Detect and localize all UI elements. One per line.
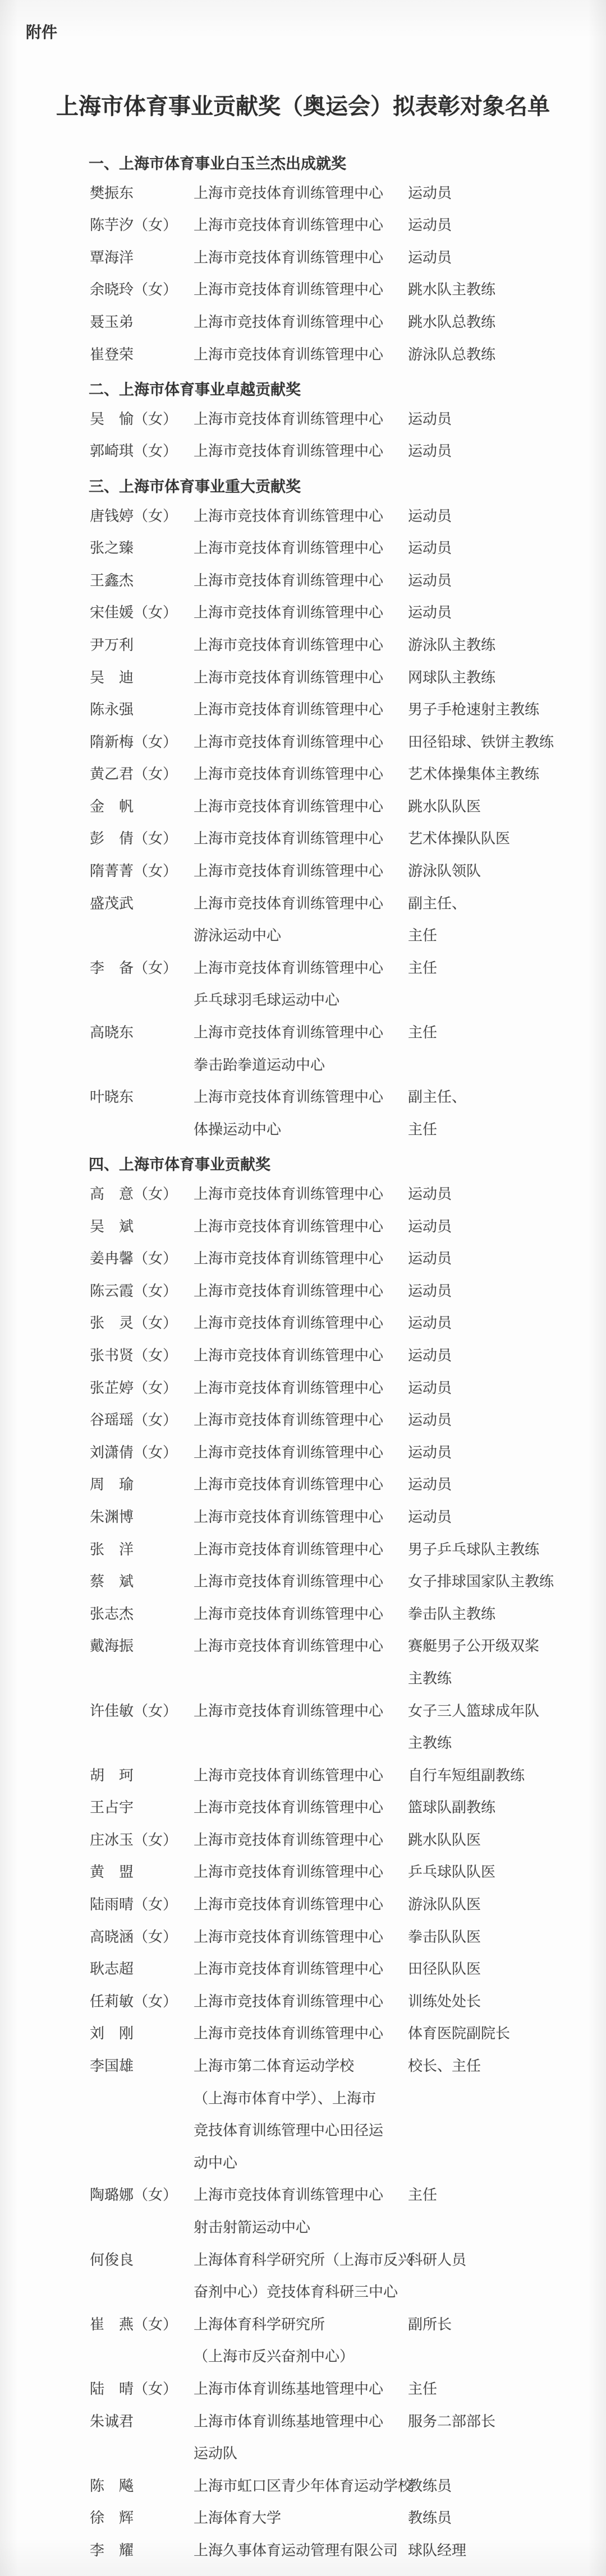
recipient-role: 运动员 [408, 1217, 606, 1236]
recipient-name: 朱渊博 [90, 1508, 194, 1527]
table-row: 张 洋上海市竞技体育训练管理中心男子乒乓球队主教练 [0, 1540, 606, 1573]
recipient-organization: 上海市竞技体育训练管理中心 [194, 1766, 408, 1785]
table-row: 李 耀上海久事体育运动管理有限公司球队经理 [0, 2541, 606, 2574]
page-title: 上海市体育事业贡献奖（奥运会）拟表彰对象名单 [0, 89, 606, 121]
recipient-name: 陈芋汐（女） [90, 216, 194, 235]
recipient-name: 庄冰玉（女） [90, 1831, 194, 1850]
recipient-role: 训练处处长 [408, 1992, 606, 2011]
recipient-organization: 上海市竞技体育训练管理中心 [194, 1605, 408, 1624]
table-row: 张书贤（女）上海市竞技体育训练管理中心运动员 [0, 1346, 606, 1379]
table-row: 庄冰玉（女）上海市竞技体育训练管理中心跳水队队医 [0, 1831, 606, 1863]
table-row: 彭 倩（女）上海市竞技体育训练管理中心艺术体操队队医 [0, 829, 606, 862]
recipient-organization: 上海市竞技体育训练管理中心 [194, 636, 408, 655]
recipient-organization: 上海市竞技体育训练管理中心 [194, 668, 408, 687]
section-header-1: 一、上海市体育事业白玉兰杰出成就奖 [0, 151, 606, 184]
table-row: 吴 愉（女）上海市竞技体育训练管理中心运动员 [0, 410, 606, 442]
recipient-role: 拳击队主教练 [408, 1605, 606, 1624]
recipient-role: 运动员 [408, 571, 606, 590]
recipient-role: 艺术体操集体主教练 [408, 765, 606, 784]
recipient-role: 运动员 [408, 216, 606, 235]
recipient-name: 张志杰 [90, 1605, 194, 1624]
recipient-organization: 上海市竞技体育训练管理中心 [194, 1798, 408, 1817]
table-row: 隋新梅（女）上海市竞技体育训练管理中心田径铅球、铁饼主教练 [0, 733, 606, 765]
section-header-4: 四、上海市体育事业贡献奖 [0, 1152, 606, 1185]
recipient-name: 李 耀 [90, 2541, 194, 2560]
recipient-organization: 上海市竞技体育训练管理中心 [194, 216, 408, 235]
recipient-role: 主任 [408, 2380, 606, 2399]
recipient-organization: （上海市反兴奋剂中心） [194, 2347, 408, 2366]
recipient-organization: 上海市竞技体育训练管理中心 [194, 1992, 408, 2011]
recipient-name: 高 意（女） [90, 1185, 194, 1204]
recipient-organization: 动中心 [194, 2154, 408, 2173]
table-row: 许佳敏（女）上海市竞技体育训练管理中心女子三人篮球成年队 [0, 1702, 606, 1734]
table-row: 高 意（女）上海市竞技体育训练管理中心运动员 [0, 1185, 606, 1217]
recipient-role: 游泳队领队 [408, 862, 606, 881]
table-row: 尹万利上海市竞技体育训练管理中心游泳队主教练 [0, 636, 606, 668]
recipient-name: 陶璐娜（女） [90, 2186, 194, 2205]
table-row-continuation: 运动队 [0, 2444, 606, 2477]
table-row: 蔡 斌上海市竞技体育训练管理中心女子排球国家队主教练 [0, 1572, 606, 1605]
recipient-organization: 上海市竞技体育训练管理中心 [194, 1379, 408, 1398]
recipient-role: 运动员 [408, 1249, 606, 1268]
recipient-organization: 上海市竞技体育训练管理中心 [194, 442, 408, 461]
recipient-role: 服务二部部长 [408, 2412, 606, 2431]
recipient-organization: 上海市竞技体育训练管理中心 [194, 1217, 408, 1236]
recipient-name: 刘潇倩（女） [90, 1443, 194, 1462]
recipient-role: 艺术体操队队医 [408, 829, 606, 848]
recipient-name: 王鑫杰 [90, 571, 194, 590]
recipient-role: 体育医院副院长 [408, 2024, 606, 2043]
award-list: 一、上海市体育事业白玉兰杰出成就奖樊振东上海市竞技体育训练管理中心运动员陈芋汐（… [0, 151, 606, 2574]
recipient-name: 崔 燕（女） [90, 2315, 194, 2334]
recipient-name: 吴 愉（女） [90, 410, 194, 429]
recipient-organization: 游泳运动中心 [194, 926, 408, 945]
table-row: 高晓涵（女）上海市竞技体育训练管理中心拳击队队医 [0, 1928, 606, 1960]
recipient-organization: 上海市竞技体育训练管理中心 [194, 2186, 408, 2205]
recipient-role: 游泳队主教练 [408, 636, 606, 655]
recipient-organization: 上海市虹口区青少年体育运动学校 [194, 2477, 408, 2496]
recipient-organization: 上海体育大学 [194, 2509, 408, 2528]
table-row: 李 备（女）上海市竞技体育训练管理中心主任 [0, 959, 606, 991]
recipient-role: 女子三人篮球成年队 [408, 1702, 606, 1721]
recipient-name: 任莉敏（女） [90, 1992, 194, 2011]
recipient-role: 自行车短组副教练 [408, 1766, 606, 1785]
recipient-organization: 上海市竞技体育训练管理中心 [194, 280, 408, 299]
recipient-role: 主任 [408, 2186, 606, 2205]
recipient-name: 谷瑶瑶（女） [90, 1411, 194, 1430]
table-row: 陈芋汐（女）上海市竞技体育训练管理中心运动员 [0, 216, 606, 248]
table-row: 聂玉弟上海市竞技体育训练管理中心跳水队总教练 [0, 313, 606, 345]
table-row-continuation: 游泳运动中心主任 [0, 926, 606, 959]
recipient-organization: 上海市竞技体育训练管理中心 [194, 1831, 408, 1850]
table-row: 叶晓东上海市竞技体育训练管理中心副主任、 [0, 1088, 606, 1120]
recipient-organization: 上海市竞技体育训练管理中心 [194, 1863, 408, 1882]
recipient-role: 主任 [408, 959, 606, 978]
recipient-organization: 上海市竞技体育训练管理中心 [194, 539, 408, 558]
table-row-continuation: （上海市体育中学）、上海市 [0, 2089, 606, 2122]
recipient-role: 运动员 [408, 248, 606, 267]
recipient-role: 运动员 [408, 1508, 606, 1527]
recipient-name: 金 帆 [90, 797, 194, 816]
table-row: 李国雄上海市第二体育运动学校校长、主任 [0, 2057, 606, 2089]
table-row-continuation: 拳击跆拳道运动中心 [0, 1056, 606, 1088]
recipient-role: 拳击队队医 [408, 1928, 606, 1947]
table-row-continuation: 奋剂中心）竞技体育科研三中心 [0, 2283, 606, 2315]
table-row: 张之臻上海市竞技体育训练管理中心运动员 [0, 539, 606, 571]
table-row: 覃海洋上海市竞技体育训练管理中心运动员 [0, 248, 606, 281]
recipient-organization: 上海市竞技体育训练管理中心 [194, 1249, 408, 1268]
recipient-name: 徐 辉 [90, 2509, 194, 2528]
recipient-role: 运动员 [408, 410, 606, 429]
recipient-role: 主任 [408, 1120, 606, 1139]
recipient-role: 教练员 [408, 2509, 606, 2528]
table-row: 唐钱婷（女）上海市竞技体育训练管理中心运动员 [0, 507, 606, 539]
table-row: 张芷婷（女）上海市竞技体育训练管理中心运动员 [0, 1379, 606, 1411]
table-row: 盛茂武上海市竞技体育训练管理中心副主任、 [0, 894, 606, 927]
table-row: 崔 燕（女）上海体育科学研究所副所长 [0, 2315, 606, 2348]
recipient-name: 刘 刚 [90, 2024, 194, 2043]
document-page: 附件 上海市体育事业贡献奖（奥运会）拟表彰对象名单 一、上海市体育事业白玉兰杰出… [0, 0, 606, 2576]
recipient-name: 宋佳媛（女） [90, 603, 194, 622]
recipient-organization: （上海市体育中学）、上海市 [194, 2089, 408, 2108]
recipient-name: 张 洋 [90, 1540, 194, 1559]
recipient-role: 网球队主教练 [408, 668, 606, 687]
table-row-continuation: 射击射箭运动中心 [0, 2218, 606, 2251]
recipient-organization: 上海市竞技体育训练管理中心 [194, 1282, 408, 1301]
recipient-name: 黄乙君（女） [90, 765, 194, 784]
recipient-name: 吴 迪 [90, 668, 194, 687]
recipient-organization: 上海市竞技体育训练管理中心 [194, 1895, 408, 1914]
recipient-name: 陈云霞（女） [90, 1282, 194, 1301]
table-row: 黄 盟上海市竞技体育训练管理中心乒乓球队队医 [0, 1863, 606, 1895]
table-row: 耿志超上海市竞技体育训练管理中心田径队队医 [0, 1960, 606, 1992]
recipient-name: 姜冉馨（女） [90, 1249, 194, 1268]
recipient-name: 陈 飚 [90, 2477, 194, 2496]
recipient-role: 主任 [408, 926, 606, 945]
recipient-name: 张 灵（女） [90, 1314, 194, 1333]
table-row-continuation: 竞技体育训练管理中心田径运 [0, 2121, 606, 2154]
recipient-role: 运动员 [408, 184, 606, 203]
recipient-role: 运动员 [408, 1346, 606, 1365]
recipient-role: 跳水队主教练 [408, 280, 606, 299]
recipient-role: 篮球队副教练 [408, 1798, 606, 1817]
table-row: 隋菁菁（女）上海市竞技体育训练管理中心游泳队领队 [0, 862, 606, 894]
table-row: 王鑫杰上海市竞技体育训练管理中心运动员 [0, 571, 606, 604]
recipient-role: 副所长 [408, 2315, 606, 2334]
recipient-organization: 奋剂中心）竞技体育科研三中心 [194, 2283, 408, 2302]
recipient-organization: 拳击跆拳道运动中心 [194, 1056, 408, 1075]
recipient-name: 朱诚君 [90, 2412, 194, 2431]
recipient-organization: 上海体育科学研究所 [194, 2315, 408, 2334]
recipient-role: 副主任、 [408, 894, 606, 913]
recipient-name: 高晓东 [90, 1023, 194, 1042]
recipient-organization: 上海市竞技体育训练管理中心 [194, 733, 408, 752]
table-row: 宋佳媛（女）上海市竞技体育训练管理中心运动员 [0, 603, 606, 636]
table-row: 朱诚君上海市体育训练基地管理中心服务二部部长 [0, 2412, 606, 2445]
recipient-role: 运动员 [408, 1475, 606, 1494]
table-row: 陈云霞（女）上海市竞技体育训练管理中心运动员 [0, 1282, 606, 1314]
recipient-name: 唐钱婷（女） [90, 507, 194, 526]
table-row: 戴海振上海市竞技体育训练管理中心赛艇男子公开级双桨 [0, 1637, 606, 1669]
table-row: 张 灵（女）上海市竞技体育训练管理中心运动员 [0, 1314, 606, 1346]
recipient-role: 游泳队总教练 [408, 345, 606, 364]
recipient-name: 聂玉弟 [90, 313, 194, 332]
recipient-organization: 上海市竞技体育训练管理中心 [194, 1346, 408, 1365]
table-row: 余晓玲（女）上海市竞技体育训练管理中心跳水队主教练 [0, 280, 606, 313]
recipient-organization: 上海市竞技体育训练管理中心 [194, 765, 408, 784]
recipient-name: 陆 晴（女） [90, 2380, 194, 2399]
recipient-role: 田径队队医 [408, 1960, 606, 1979]
recipient-role: 运动员 [408, 507, 606, 526]
recipient-organization: 上海市竞技体育训练管理中心 [194, 313, 408, 332]
recipient-name: 张书贤（女） [90, 1346, 194, 1365]
recipient-name: 王占宇 [90, 1798, 194, 1817]
recipient-role: 乒乓球队队医 [408, 1863, 606, 1882]
recipient-organization: 上海市竞技体育训练管理中心 [194, 345, 408, 364]
recipient-name: 余晓玲（女） [90, 280, 194, 299]
table-row: 胡 珂上海市竞技体育训练管理中心自行车短组副教练 [0, 1766, 606, 1799]
recipient-role: 女子排球国家队主教练 [408, 1572, 606, 1591]
recipient-role: 主教练 [408, 1734, 606, 1753]
table-row: 王占宇上海市竞技体育训练管理中心篮球队副教练 [0, 1798, 606, 1831]
recipient-organization: 上海市竞技体育训练管理中心 [194, 1637, 408, 1656]
table-row: 刘 刚上海市竞技体育训练管理中心体育医院副院长 [0, 2024, 606, 2057]
table-row: 樊振东上海市竞技体育训练管理中心运动员 [0, 184, 606, 216]
table-row: 姜冉馨（女）上海市竞技体育训练管理中心运动员 [0, 1249, 606, 1282]
recipient-organization: 上海市竞技体育训练管理中心 [194, 184, 408, 203]
recipient-role: 校长、主任 [408, 2057, 606, 2076]
table-row-continuation: 主教练 [0, 1734, 606, 1766]
recipient-organization: 上海市竞技体育训练管理中心 [194, 797, 408, 816]
table-row: 吴 迪上海市竞技体育训练管理中心网球队主教练 [0, 668, 606, 701]
table-row: 陆雨晴（女）上海市竞技体育训练管理中心游泳队队医 [0, 1895, 606, 1928]
recipient-role: 男子乒乓球队主教练 [408, 1540, 606, 1559]
table-row: 陶璐娜（女）上海市竞技体育训练管理中心主任 [0, 2186, 606, 2218]
recipient-organization: 运动队 [194, 2444, 408, 2463]
table-row: 任莉敏（女）上海市竞技体育训练管理中心训练处处长 [0, 1992, 606, 2025]
attachment-label: 附件 [26, 20, 606, 46]
recipient-name: 黄 盟 [90, 1863, 194, 1882]
recipient-role: 教练员 [408, 2477, 606, 2496]
recipient-name: 张之臻 [90, 539, 194, 558]
recipient-organization: 上海久事体育运动管理有限公司 [194, 2541, 408, 2560]
table-row-continuation: 乒乓球羽毛球运动中心 [0, 991, 606, 1023]
recipient-role: 跳水队队医 [408, 1831, 606, 1850]
table-row: 陈永强上海市竞技体育训练管理中心男子手枪速射主教练 [0, 700, 606, 733]
table-row: 张志杰上海市竞技体育训练管理中心拳击队主教练 [0, 1605, 606, 1637]
recipient-organization: 上海市竞技体育训练管理中心 [194, 959, 408, 978]
recipient-organization: 上海市体育训练基地管理中心 [194, 2380, 408, 2399]
recipient-organization: 上海市竞技体育训练管理中心 [194, 1443, 408, 1462]
recipient-organization: 上海市竞技体育训练管理中心 [194, 410, 408, 429]
recipient-organization: 竞技体育训练管理中心田径运 [194, 2121, 408, 2140]
recipient-name: 周 瑜 [90, 1475, 194, 1494]
table-row: 黄乙君（女）上海市竞技体育训练管理中心艺术体操集体主教练 [0, 765, 606, 797]
recipient-organization: 乒乓球羽毛球运动中心 [194, 991, 408, 1010]
recipient-organization: 上海市竞技体育训练管理中心 [194, 1185, 408, 1204]
recipient-name: 戴海振 [90, 1637, 194, 1656]
recipient-role: 赛艇男子公开级双桨 [408, 1637, 606, 1656]
table-row-continuation: 动中心 [0, 2154, 606, 2186]
recipient-role: 球队经理 [408, 2541, 606, 2560]
recipient-organization: 上海市竞技体育训练管理中心 [194, 1540, 408, 1559]
recipient-organization: 上海市竞技体育训练管理中心 [194, 2024, 408, 2043]
recipient-organization: 上海市第二体育运动学校 [194, 2057, 408, 2076]
recipient-role: 跳水队队医 [408, 797, 606, 816]
recipient-role: 运动员 [408, 1443, 606, 1462]
recipient-organization: 上海市竞技体育训练管理中心 [194, 829, 408, 848]
recipient-organization: 上海市竞技体育训练管理中心 [194, 1314, 408, 1333]
section-header-3: 三、上海市体育事业重大贡献奖 [0, 474, 606, 507]
recipient-name: 覃海洋 [90, 248, 194, 267]
recipient-organization: 上海市竞技体育训练管理中心 [194, 248, 408, 267]
recipient-organization: 上海市竞技体育训练管理中心 [194, 603, 408, 622]
table-row-continuation: 主教练 [0, 1669, 606, 1702]
recipient-name: 隋新梅（女） [90, 733, 194, 752]
recipient-organization: 上海市竞技体育训练管理中心 [194, 1928, 408, 1947]
recipient-organization: 上海市竞技体育训练管理中心 [194, 1023, 408, 1042]
table-row: 陈 飚上海市虹口区青少年体育运动学校教练员 [0, 2477, 606, 2509]
recipient-role: 主任 [408, 1023, 606, 1042]
table-row: 崔登荣上海市竞技体育训练管理中心游泳队总教练 [0, 345, 606, 378]
recipient-name: 叶晓东 [90, 1088, 194, 1107]
recipient-name: 高晓涵（女） [90, 1928, 194, 1947]
recipient-role: 运动员 [408, 603, 606, 622]
recipient-name: 李 备（女） [90, 959, 194, 978]
recipient-name: 何俊良 [90, 2251, 194, 2270]
table-row: 周 瑜上海市竞技体育训练管理中心运动员 [0, 1475, 606, 1508]
recipient-name: 陈永强 [90, 700, 194, 719]
recipient-name: 樊振东 [90, 184, 194, 203]
recipient-organization: 上海市竞技体育训练管理中心 [194, 1475, 408, 1494]
recipient-name: 蔡 斌 [90, 1572, 194, 1591]
table-row: 金 帆上海市竞技体育训练管理中心跳水队队医 [0, 797, 606, 830]
table-row: 何俊良上海体育科学研究所（上海市反兴科研人员 [0, 2251, 606, 2283]
recipient-role: 运动员 [408, 1185, 606, 1204]
recipient-name: 彭 倩（女） [90, 829, 194, 848]
recipient-role: 运动员 [408, 1379, 606, 1398]
recipient-name: 胡 珂 [90, 1766, 194, 1785]
recipient-organization: 上海市竞技体育训练管理中心 [194, 1411, 408, 1430]
recipient-name: 吴 斌 [90, 1217, 194, 1236]
recipient-name: 盛茂武 [90, 894, 194, 913]
recipient-role: 副主任、 [408, 1088, 606, 1107]
recipient-name: 郭崎琪（女） [90, 442, 194, 461]
recipient-role: 科研人员 [408, 2251, 606, 2270]
table-row-continuation: 体操运动中心主任 [0, 1120, 606, 1153]
table-row: 郭崎琪（女）上海市竞技体育训练管理中心运动员 [0, 442, 606, 474]
recipient-name: 许佳敏（女） [90, 1702, 194, 1721]
recipient-organization: 射击射箭运动中心 [194, 2218, 408, 2237]
recipient-organization: 上海市竞技体育训练管理中心 [194, 1088, 408, 1107]
table-row: 陆 晴（女）上海市体育训练基地管理中心主任 [0, 2380, 606, 2412]
recipient-name: 张芷婷（女） [90, 1379, 194, 1398]
recipient-organization: 上海市竞技体育训练管理中心 [194, 1702, 408, 1721]
recipient-organization: 上海市竞技体育训练管理中心 [194, 862, 408, 881]
recipient-organization: 上海市体育训练基地管理中心 [194, 2412, 408, 2431]
recipient-name: 陆雨晴（女） [90, 1895, 194, 1914]
recipient-name: 崔登荣 [90, 345, 194, 364]
recipient-role: 男子手枪速射主教练 [408, 700, 606, 719]
recipient-role: 游泳队队医 [408, 1895, 606, 1914]
section-header-2: 二、上海市体育事业卓越贡献奖 [0, 377, 606, 410]
recipient-role: 运动员 [408, 1411, 606, 1430]
recipient-organization: 上海市竞技体育训练管理中心 [194, 894, 408, 913]
recipient-name: 尹万利 [90, 636, 194, 655]
recipient-role: 主教练 [408, 1669, 606, 1688]
table-row-continuation: （上海市反兴奋剂中心） [0, 2347, 606, 2380]
table-row: 刘潇倩（女）上海市竞技体育训练管理中心运动员 [0, 1443, 606, 1476]
recipient-name: 李国雄 [90, 2057, 194, 2076]
table-row: 朱渊博上海市竞技体育训练管理中心运动员 [0, 1508, 606, 1540]
recipient-role: 运动员 [408, 1282, 606, 1301]
recipient-name: 耿志超 [90, 1960, 194, 1979]
recipient-organization: 上海市竞技体育训练管理中心 [194, 507, 408, 526]
table-row: 吴 斌上海市竞技体育训练管理中心运动员 [0, 1217, 606, 1250]
recipient-organization: 上海体育科学研究所（上海市反兴 [194, 2251, 408, 2270]
recipient-role: 运动员 [408, 442, 606, 461]
recipient-role: 运动员 [408, 539, 606, 558]
recipient-organization: 上海市竞技体育训练管理中心 [194, 700, 408, 719]
recipient-organization: 上海市竞技体育训练管理中心 [194, 1508, 408, 1527]
recipient-role: 跳水队总教练 [408, 313, 606, 332]
recipient-role: 田径铅球、铁饼主教练 [408, 733, 606, 752]
table-row: 高晓东上海市竞技体育训练管理中心主任 [0, 1023, 606, 1056]
recipient-name: 隋菁菁（女） [90, 862, 194, 881]
recipient-organization: 上海市竞技体育训练管理中心 [194, 1572, 408, 1591]
recipient-organization: 上海市竞技体育训练管理中心 [194, 1960, 408, 1979]
recipient-organization: 体操运动中心 [194, 1120, 408, 1139]
table-row: 徐 辉上海体育大学教练员 [0, 2509, 606, 2541]
table-row: 谷瑶瑶（女）上海市竞技体育训练管理中心运动员 [0, 1411, 606, 1443]
recipient-organization: 上海市竞技体育训练管理中心 [194, 571, 408, 590]
recipient-role: 运动员 [408, 1314, 606, 1333]
